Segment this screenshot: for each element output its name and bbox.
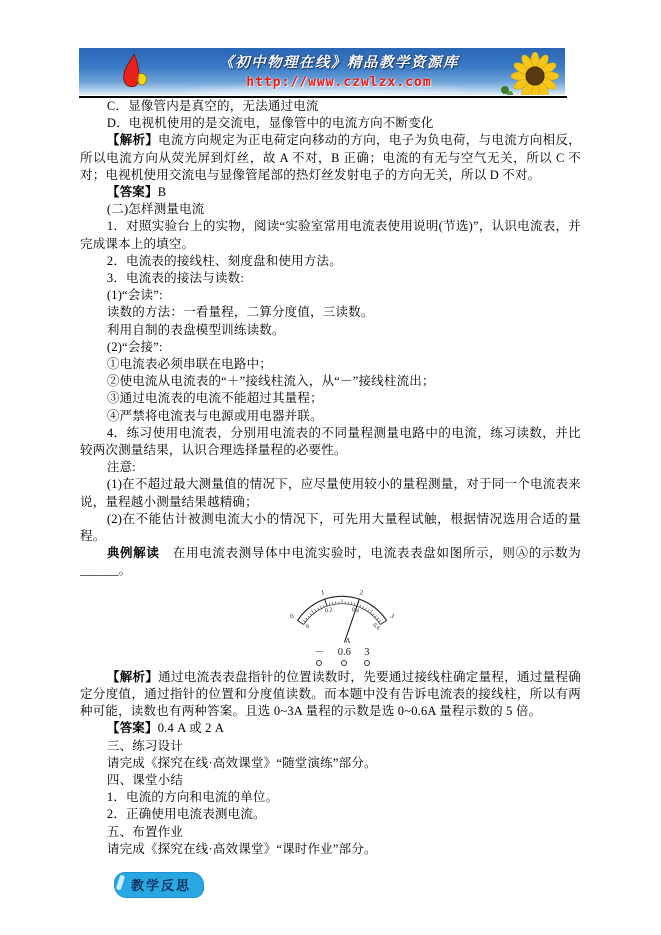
paragraph: (二)怎样测量电流 [80,201,581,218]
paragraph-block-top: C．显像管内是真空的，无法通过电流D．电视机使用的是交流电，显像管中的电流方向不… [80,98,581,580]
paragraph: 请完成《探究在线·高效课堂》“课时作业”部分。 [80,841,581,858]
paragraph: 【答案】0.4 A 或 2 A [80,720,581,737]
terminal: 0.6 [338,647,351,666]
terminal-label: － [314,647,325,658]
paragraph: 请完成《探究在线·高效课堂》“随堂演练”部分。 [80,755,581,772]
paragraph: ①电流表必须串联在电路中； [80,356,581,373]
paragraph: 五、布置作业 [80,824,581,841]
document-content: C．显像管内是真空的，无法通过电流D．电视机使用的是交流电，显像管中的电流方向不… [80,98,581,898]
teaching-reflection-badge: 教学反思 [114,872,204,898]
paragraph: 2．电流表的接线柱、刻度盘和使用方法。 [80,253,581,270]
paragraph: D．电视机使用的是交流电，显像管中的电流方向不断变化 [80,115,581,132]
paragraph: 1．电流的方向和电流的单位。 [80,789,581,806]
dial-unit-label: A [345,635,351,644]
paragraph: 1．对照实验台上的实物，阅读“实验室常用电流表使用说明(节选)”，认识电流表，并… [80,218,581,252]
paragraph: ④严禁将电流表与电源或用电器并联。 [80,408,581,425]
badge-label: 教学反思 [131,878,191,893]
dial-outer-label: 1 [320,589,325,597]
paragraph: 四、课堂小结 [80,772,581,789]
ammeter-terminals: －0.63 [277,647,407,666]
paragraph: 【答案】B [80,184,581,201]
paragraph: 【解析】电流方向规定为正电荷定向移动的方向，电子为负电荷，与电流方向相反，所以电… [80,132,581,184]
ammeter-figure: 012300.20.40.6A －0.63 [277,586,407,666]
terminal-label: 0.6 [338,647,351,658]
ammeter-dial: 012300.20.40.6A [286,586,398,645]
paragraph-block-bottom: 【解析】通过电流表表盘指针的位置读数时，先要通过接线柱确定量程，通过量程确定分度… [80,669,581,858]
paragraph: ③通过电流表的电流不能超过其量程； [80,390,581,407]
dial-outer-label: 2 [359,589,364,597]
terminal-label: 3 [364,647,369,658]
paragraph: 2．正确使用电流表测电流。 [80,806,581,823]
dial-inner-label: 0.2 [325,607,334,615]
paragraph: 注意: [80,459,581,476]
site-banner: 《初中物理在线》精品教学资源库 http://www.czwlzx.com [79,48,565,95]
paragraph: 典例解读 在用电流表测导体中电流实验时，电流表表盘如图所示，则Ⓐ的示数为____… [80,545,581,579]
banner-title: 《初中物理在线》精品教学资源库 [189,51,489,72]
paragraph: (2)“会接”: [80,339,581,356]
paragraph: 3．电流表的接法与读数: [80,270,581,287]
paragraph: 利用自制的表盘模型训练读数。 [80,322,581,339]
paragraph: 【解析】通过电流表表盘指针的位置读数时，先要通过接线柱确定量程，通过量程确定分度… [80,669,581,721]
paragraph: (1)“会读”: [80,287,581,304]
banner-url-link[interactable]: http://www.czwlzx.com [189,75,489,90]
dial-outer-label: 3 [388,613,396,621]
paragraph: 三、练习设计 [80,738,581,755]
terminal-post-icon [316,660,322,666]
site-logo-icon [115,52,155,92]
terminal: － [314,647,325,666]
terminal-post-icon [364,660,370,666]
terminal-post-icon [341,660,347,666]
paragraph: (1)在不超过最大测量值的情况下，应尽量使用较小的量程测量，对于同一个电流表来说… [80,476,581,510]
terminal: 3 [364,647,370,666]
paragraph: ②使电流从电流表的“＋”接线柱流入，从“－”接线柱流出； [80,373,581,390]
paragraph: C．显像管内是真空的，无法通过电流 [80,98,581,115]
paragraph: (2)在不能估计被测电流大小的情况下，可先用大量程试触，根据情况选用合适的量程。 [80,511,581,545]
paragraph: 读数的方法：一看量程，二算分度值，三读数。 [80,304,581,321]
banner-text-block: 《初中物理在线》精品教学资源库 http://www.czwlzx.com [189,51,489,90]
dial-outer-label: 0 [289,612,297,620]
dial-inner-label: 0 [305,623,311,630]
paragraph: 4．练习使用电流表，分别用电流表的不同量程测量电路中的电流，练习读数，并比较两次… [80,425,581,459]
footer-badge-row: 教学反思 [114,872,581,898]
sunflower-icon [495,52,559,95]
badge-slash-decoration [116,875,125,891]
